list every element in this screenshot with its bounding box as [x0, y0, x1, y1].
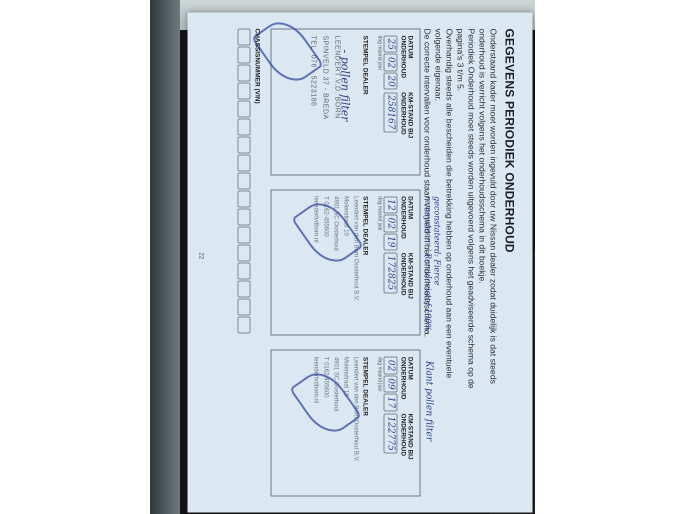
date-sublabel: dag maand jaar [377, 196, 383, 253]
intro-line: onderhoud is verricht volgens het onderh… [477, 29, 488, 497]
handwritten-note: geconstateerd: Fierce remsysteem / Remvl… [424, 196, 442, 335]
date-label: DATUM ONDERHOUD [400, 357, 414, 414]
handwritten-note: - pollen filter [339, 50, 352, 122]
date-month: 02 [384, 54, 398, 71]
intro-line: Overhandig steeds alle bescheiden die be… [444, 29, 455, 497]
km-label: KM-STAND BIJ ONDERHOUD [400, 92, 414, 168]
intro-line: Onderstaand kader moet worden ingevuld d… [488, 29, 499, 497]
vin-boxes [238, 29, 251, 334]
intro-line: Periodiek Onderhoud moet steeds worden u… [466, 29, 477, 497]
vin-label: CHASSISNUMMER (VIN) [254, 29, 261, 104]
stamp-label: STEMPEL DEALER [362, 36, 369, 169]
date-label: DATUM ONDERHOUD [400, 196, 414, 253]
service-entry: DATUM ONDERHOUD 25 02 20 dag maand jaar … [271, 29, 421, 176]
km-value: 258167 [384, 92, 398, 132]
stamp-line: Leendert van den Born Oosterhout B.V. [352, 196, 360, 329]
page-number: 22 [198, 253, 204, 260]
stamp-label: STEMPEL DEALER [362, 357, 369, 490]
km-label: KM-STAND BIJ ONDERHOUD [400, 413, 414, 489]
date-day: 25 [384, 36, 398, 53]
stamp-line: Leendert van den Born Oosterhout B.V. [352, 357, 360, 490]
km-label: KM-STAND BIJ ONDERHOUD [400, 253, 414, 329]
intro-line: pagina's 3 t/m 5. [455, 29, 466, 497]
handwritten-note: Klant pollen filter [424, 361, 434, 441]
date-day: 12 [384, 196, 398, 213]
service-entry: Klant pollen filter DATUM ONDERHOUD 02 0… [271, 350, 421, 497]
date-month: 09 [384, 375, 398, 392]
date-day: 02 [384, 357, 398, 374]
service-entry: geconstateerd: Fierce remsysteem / Remvl… [271, 189, 421, 336]
car-interior-left [150, 0, 180, 514]
date-month: 02 [384, 215, 398, 232]
km-value: 122775 [384, 413, 398, 453]
date-year: 20 [384, 72, 398, 89]
date-year: 19 [384, 233, 398, 250]
date-year: 17 [384, 394, 398, 411]
stamp-line: SPINVELD 37 - BREDA [320, 36, 330, 169]
date-sublabel: dag maand jaar [377, 36, 383, 93]
service-entries: DATUM ONDERHOUD 25 02 20 dag maand jaar … [271, 29, 421, 497]
stamp-label: STEMPEL DEALER [362, 196, 369, 329]
date-sublabel: dag maand jaar [377, 357, 383, 414]
photo: GEGEVENS PERIODIEK ONDERHOUD Onderstaand… [150, 0, 535, 514]
service-booklet-page: GEGEVENS PERIODIEK ONDERHOUD Onderstaand… [188, 13, 533, 513]
page-title: GEGEVENS PERIODIEK ONDERHOUD [503, 29, 517, 497]
date-label: DATUM ONDERHOUD [400, 36, 414, 93]
km-value: 172825 [384, 253, 398, 293]
